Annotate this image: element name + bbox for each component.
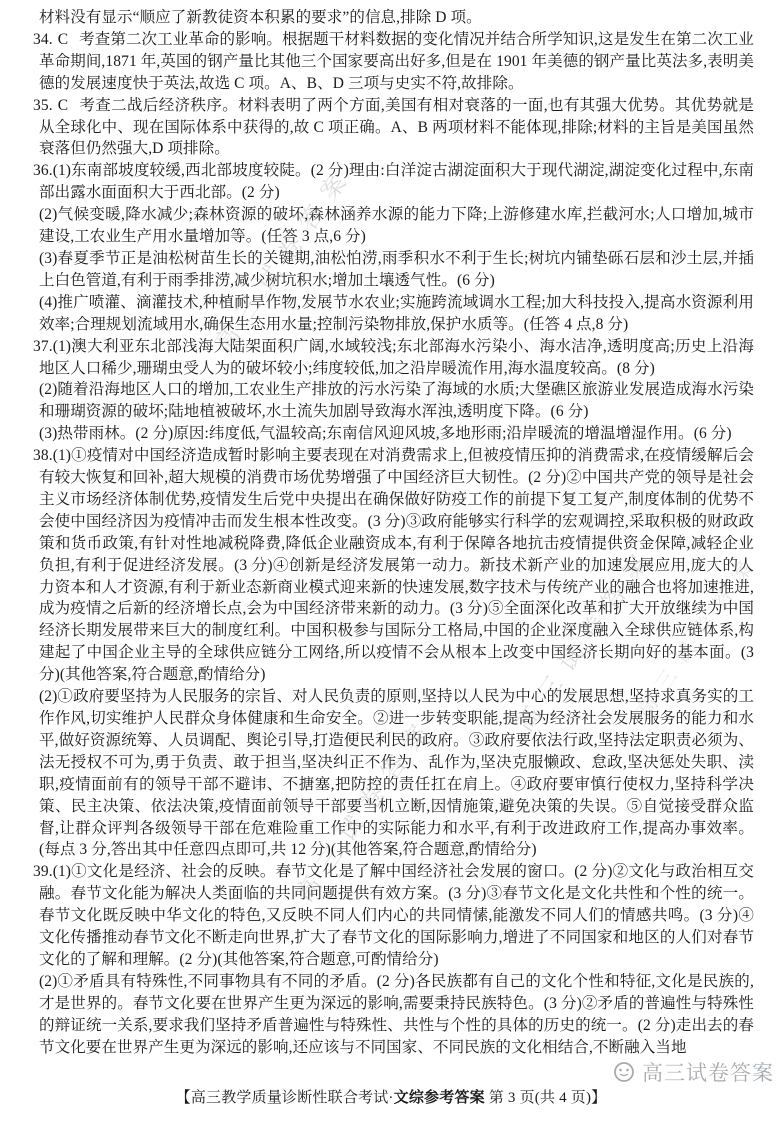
answer-item-39: 39.(1)①文化是经济、社会的反映。春节文化是了解中国经济社会发展的窗口。(2… bbox=[33, 861, 754, 1058]
answer-paragraph: (2)气候变暖,降水减少;森林资源的破坏,森林涵养水源的能力下降;上游修建水库,… bbox=[39, 204, 754, 248]
answer-paragraph: (2)随着沿海地区人口的增加,工农业生产排放的污水污染了海域的水质;大堡礁区旅游… bbox=[39, 379, 754, 423]
intro-continuation-block: 材料没有显示“顺应了新教徒资本积累的要求”的信息,排除 D 项。 bbox=[33, 7, 754, 29]
page-footer: 【高三教学质量诊断性联合考试·文综参考答案 第 3 页(共 4 页)】 bbox=[0, 1086, 782, 1107]
answer-paragraph: 39.(1)①文化是经济、社会的反映。春节文化是了解中国经济社会发展的窗口。(2… bbox=[39, 861, 754, 971]
watermark-badge-text: 高三试卷答案 bbox=[642, 1057, 774, 1087]
footer-exam-title: 【高三教学质量诊断性联合考试· bbox=[176, 1090, 394, 1106]
question-number: 34. bbox=[33, 31, 53, 48]
answer-paragraph: 37.(1)澳大利亚东北部浅海大陆架面积广阔,水域较浅;东北部海水污染小、海水洁… bbox=[39, 336, 754, 380]
answer-paragraph: (2)①政府要坚持为人民服务的宗旨、对人民负责的原则,坚持以人民为中心的发展思想… bbox=[39, 686, 754, 861]
answer-paragraph: (4)推广喷灌、滴灌技术,种植耐旱作物,发展节水农业;实施跨流域调水工程;加大科… bbox=[39, 292, 754, 336]
question-number: 38. bbox=[33, 447, 53, 464]
answers-logo-icon bbox=[610, 1059, 638, 1085]
answer-paragraph: 34.C考查第二次工业革命的影响。根据题干材料数据的变化情况并结合所学知识,这是… bbox=[39, 29, 754, 95]
intro-line: 材料没有显示“顺应了新教徒资本积累的要求”的信息,排除 D 项。 bbox=[39, 7, 754, 29]
answer-item-36: 36.(1)东南部坡度较缓,西北部坡度较陡。(2 分)理由:白洋淀古湖淀面积大于… bbox=[33, 160, 754, 335]
answer-paragraph: (3)春夏季节正是油松树苗生长的关键期,油松怕涝,雨季积水不利于生长;树坑内铺垫… bbox=[39, 248, 754, 292]
answer-item-37: 37.(1)澳大利亚东北部浅海大陆架面积广阔,水域较浅;东北部海水污染小、海水洁… bbox=[33, 336, 754, 446]
answer-sheet-page: 材料没有显示“顺应了新教徒资本积累的要求”的信息,排除 D 项。 34.C考查第… bbox=[0, 0, 782, 1122]
answer-paragraph: 36.(1)东南部坡度较缓,西北部坡度较陡。(2 分)理由:白洋淀古湖淀面积大于… bbox=[39, 160, 754, 204]
question-number: 36. bbox=[33, 162, 53, 179]
answer-text: 考查二战后经济秩序。材料表明了两个方面,美国有相对衰落的一面,也有其强大优势。其… bbox=[39, 97, 754, 158]
footer-subject-title: 文综参考答案 bbox=[394, 1090, 485, 1106]
answer-paragraph: (3)热带雨林。(2 分)原因:纬度低,气温较高;东南信风迎风坡,多地形雨;沿岸… bbox=[39, 423, 754, 445]
answer-paragraph: 35.C考查二战后经济秩序。材料表明了两个方面,美国有相对衰落的一面,也有其强大… bbox=[39, 95, 754, 161]
answer-item-34: 34.C考查第二次工业革命的影响。根据题干材料数据的变化情况并结合所学知识,这是… bbox=[33, 29, 754, 95]
answers-watermark-badge: 高三试卷答案 bbox=[610, 1057, 774, 1087]
answer-text: 考查第二次工业革命的影响。根据题干材料数据的变化情况并结合所学知识,这是发生在第… bbox=[39, 31, 754, 92]
question-number: 37. bbox=[33, 338, 53, 355]
answer-paragraph: 38.(1)①疫情对中国经济造成暂时影响主要表现在对消费需求上,但被疫情压抑的消… bbox=[39, 445, 754, 686]
answer-item-35: 35.C考查二战后经济秩序。材料表明了两个方面,美国有相对衰落的一面,也有其强大… bbox=[33, 95, 754, 161]
footer-page-number: 第 3 页(共 4 页)】 bbox=[485, 1090, 607, 1106]
answer-text: (1)澳大利亚东北部浅海大陆架面积广阔,水域较浅;东北部海水污染小、海水洁净,透… bbox=[39, 338, 754, 377]
question-number: 35. bbox=[33, 97, 53, 114]
answer-letter: C bbox=[58, 31, 68, 48]
answer-text: (1)①疫情对中国经济造成暂时影响主要表现在对消费需求上,但被疫情压抑的消费需求… bbox=[39, 447, 754, 683]
question-number: 39. bbox=[33, 863, 53, 880]
answer-letter: C bbox=[58, 97, 68, 114]
answer-item-38: 38.(1)①疫情对中国经济造成暂时影响主要表现在对消费需求上,但被疫情压抑的消… bbox=[33, 445, 754, 861]
answer-paragraph: (2)①矛盾具有特殊性,不同事物具有不同的矛盾。(2 分)各民族都有自己的文化个… bbox=[39, 971, 754, 1059]
answer-text: (1)东南部坡度较缓,西北部坡度较陡。(2 分)理由:白洋淀古湖淀面积大于现代湖… bbox=[39, 162, 754, 201]
answer-text: (1)①文化是经济、社会的反映。春节文化是了解中国经济社会发展的窗口。(2 分)… bbox=[39, 863, 754, 968]
